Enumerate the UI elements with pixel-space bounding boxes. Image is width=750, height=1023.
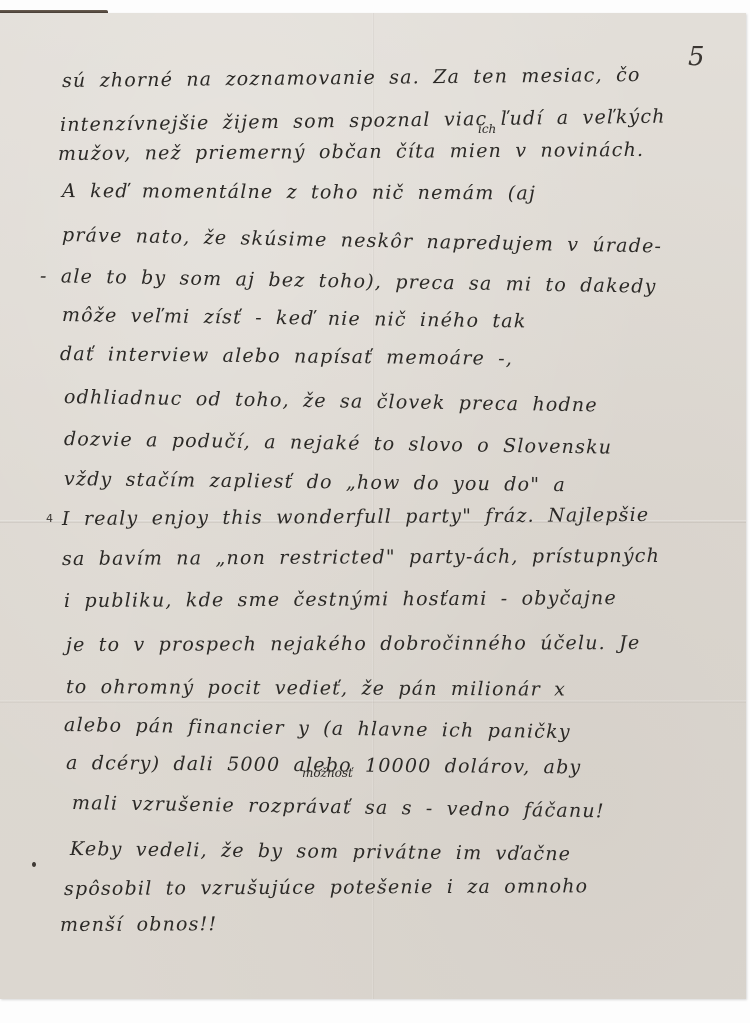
letter-line: spôsobil to vzrušujúce potešenie i za om… [64, 875, 588, 900]
letter-line: I realy enjoy this wonderfull party" frá… [62, 504, 649, 530]
margin-mark: 4 [46, 512, 53, 525]
letter-line: to ohromný pocit vedieť, že pán milionár… [66, 676, 566, 701]
interlinear-insertion: možnosť [302, 766, 353, 780]
letter-line: dať interview alebo napísať memoáre -, [60, 343, 513, 370]
letter-line: sa bavím na „non restricted" party-ách, … [62, 545, 660, 570]
letter-line: menší obnos!! [60, 913, 217, 936]
letter-line: A keď momentálne z toho nič nemám (aj [62, 180, 536, 204]
letter-line: je to v prospech nejakého dobročinného ú… [66, 632, 640, 656]
scanned-letter: 5 sú zhorné na zoznamovanie sa. Za ten m… [0, 0, 750, 1023]
ink-spot [32, 862, 36, 867]
letter-line: mužov, než priemerný občan číta mien v n… [58, 139, 644, 165]
interlinear-insertion: ich [478, 122, 496, 136]
page-number-mark: 5 [688, 42, 705, 72]
letter-line: i publiku, kde sme čestnými hosťami - ob… [64, 587, 617, 612]
